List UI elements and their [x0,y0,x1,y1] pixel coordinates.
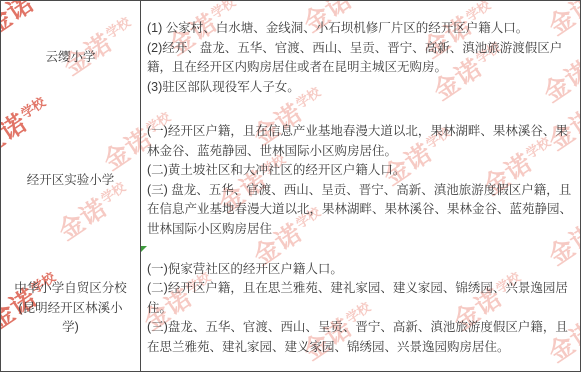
criteria-cell: (一)经开区户籍，且在信息产业基地春漫大道以北，果林湖畔、果林溪谷、果林金谷、蓝… [141,115,580,246]
criteria-item: (2)经开、盘龙、五华、官渡、西山、呈贡、晋宁、高新、滇池旅游渡假区户籍，且在经… [147,39,572,78]
criteria-item: (二)黄土坡社区和大冲社区的经开区户籍人口。 [147,161,572,181]
criteria-item: (一)经开区户籍，且在信息产业基地春漫大道以北，果林湖畔、果林溪谷、果林金谷、蓝… [147,122,572,161]
criteria-item: (1) 公家村、白水塘、金线洞、小石坝机修厂片区的经开区户籍人口。 [147,19,572,39]
school-name: 中华小学自贸区分校(昆明经开区林溪小学) [13,279,128,338]
school-name-cell: 云缨小学 [1,1,141,115]
school-name: 经开区实验小学 [27,171,115,191]
criteria-cell: (1) 公家村、白水塘、金线洞、小石坝机修厂片区的经开区户籍人口。 (2)经开、… [141,1,580,115]
enrollment-table: 云缨小学 (1) 公家村、白水塘、金线洞、小石坝机修厂片区的经开区户籍人口。 (… [0,0,581,372]
criteria-item: (三)盘龙、五华、官渡、西山、呈贡、晋宁、高新、滇池旅游度假区户籍，且在思兰雅苑… [147,318,572,357]
school-name: 云缨小学 [45,48,95,68]
school-name-cell: 中华小学自贸区分校(昆明经开区林溪小学) [1,246,141,371]
excel-error-corner-icon [141,246,147,252]
criteria-item: (3)驻区部队现役军人子女。 [147,78,572,98]
criteria-item: (一)倪家营社区的经开区户籍人口。 [147,260,572,280]
criteria-item: (三) 盘龙、五华、官渡、西山、呈贡、晋宁、高新、滇池旅游度假区户籍，且在信息产… [147,181,572,240]
school-name-cell: 经开区实验小学 [1,115,141,246]
criteria-item: (二)经开区户籍，且在思兰雅苑、建礼家园、建义家园、锦绣园、兴景逸园居住。 [147,279,572,318]
criteria-cell: (一)倪家营社区的经开区户籍人口。 (二)经开区户籍，且在思兰雅苑、建礼家园、建… [141,246,580,371]
